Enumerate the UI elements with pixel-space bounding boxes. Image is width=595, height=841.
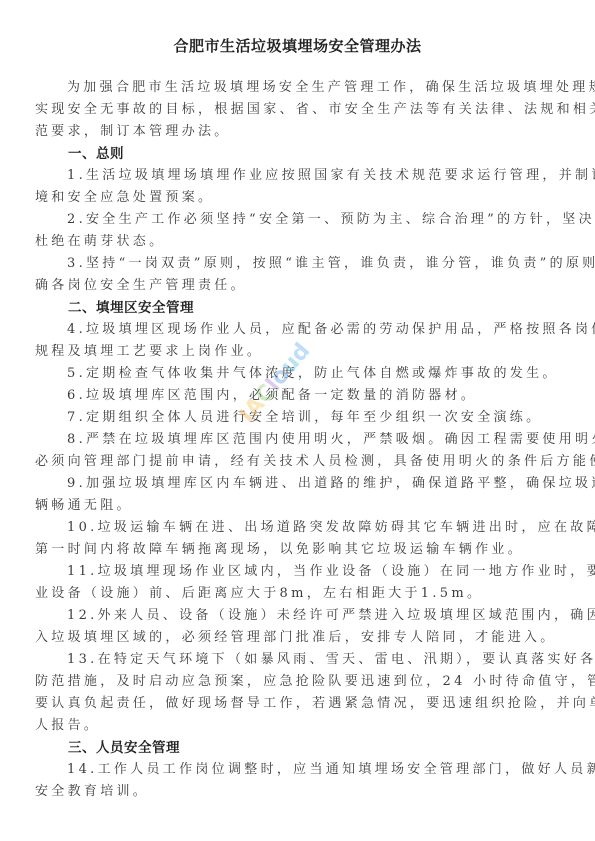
- paragraph-line: 确各岗位安全生产管理责任。: [35, 275, 560, 297]
- paragraph-line: 防范措施，及时启动应急预案，应急抢险队要迅速到位，24 小时待命值守，管理人员: [35, 671, 560, 693]
- paragraph-line: 11.垃圾填埋现场作业区域内，当作业设备（设施）在同一地方作业时，要确保作: [35, 561, 560, 583]
- section-heading: 一、总则: [35, 143, 560, 165]
- paragraph-line: 安全教育培训。: [35, 781, 560, 803]
- paragraph-line: 12.外来人员、设备（设施）未经许可严禁进入垃圾填埋区域范围内，确因事需进: [35, 605, 560, 627]
- paragraph-line: 辆畅通无阻。: [35, 495, 560, 517]
- paragraph-line: 3.坚持“一岗双责”原则，按照“谁主管，谁负责，谁分管，谁负责”的原则，明: [35, 253, 560, 275]
- paragraph-line: 要认真负起责任，做好现场督导工作，若遇紧急情况，要迅速组织抢险，并向单位负责: [35, 693, 560, 715]
- paragraph-line: 人报告。: [35, 715, 560, 737]
- paragraph-line: 14.工作人员工作岗位调整时，应当通知填埋场安全管理部门，做好人员新岗位的: [35, 759, 560, 781]
- paragraph-line: 业设备（设施）前、后距离应大于8m，左右相距大于1.5m。: [35, 583, 560, 605]
- paragraph-line: 2.安全生产工作必须坚持“安全第一、预防为主、综合治理”的方针，坚决将事故: [35, 209, 560, 231]
- paragraph-line: 为加强合肥市生活垃圾填埋场安全生产管理工作，确保生活垃圾填埋处理规范化，: [35, 77, 560, 99]
- paragraph-line: 境和安全应急处置预案。: [35, 187, 560, 209]
- section-heading: 二、填埋区安全管理: [35, 297, 560, 319]
- paragraph-line: 范要求，制订本管理办法。: [35, 121, 560, 143]
- paragraph-line: 入垃圾填埋区域的，必须经管理部门批准后，安排专人陪同，才能进入。: [35, 627, 560, 649]
- document-page: 合肥市生活垃圾填埋场安全管理办法 为加强合肥市生活垃圾填埋场安全生产管理工作，确…: [0, 0, 595, 841]
- paragraph-line: 4.垃圾填埋区现场作业人员，应配备必需的劳动保护用品，严格按照各岗位操作: [35, 319, 560, 341]
- section-heading: 三、人员安全管理: [35, 737, 560, 759]
- paragraph-line: 1.生活垃圾填埋场填埋作业应按照国家有关技术规范要求运行管理，并制订相关环: [35, 165, 560, 187]
- paragraph-line: 第一时间内将故障车辆拖离现场，以免影响其它垃圾运输车辆作业。: [35, 539, 560, 561]
- paragraph-line: 10.垃圾运输车辆在进、出场道路突发故障妨碍其它车辆进出时，应在故障发生后: [35, 517, 560, 539]
- document-title: 合肥市生活垃圾填埋场安全管理办法: [0, 35, 595, 56]
- paragraph-line: 实现安全无事故的目标，根据国家、省、市安全生产法等有关法律、法规和相关技术规: [35, 99, 560, 121]
- paragraph-line: 9.加强垃圾填埋库区内车辆进、出道路的维护，确保道路平整，确保垃圾运输车: [35, 473, 560, 495]
- paragraph-line: 13.在特定天气环境下（如暴风雨、雪天、雷电、汛期），要认真落实好各项安全: [35, 649, 560, 671]
- paragraph-line: 杜绝在萌芽状态。: [35, 231, 560, 253]
